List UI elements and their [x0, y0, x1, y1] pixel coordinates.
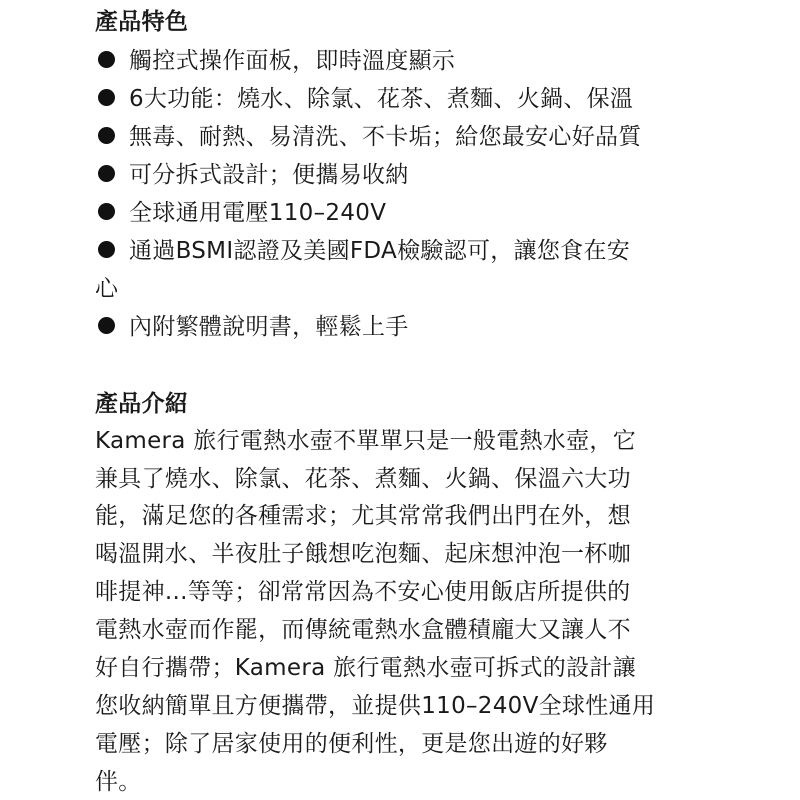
- intro-heading: 產品介紹: [95, 385, 188, 423]
- feature-text: 可分拆式設計；便攜易收納: [129, 162, 409, 188]
- feature-text: 通過BSMI認證及美國FDA檢驗認可，讓您食在安: [129, 238, 630, 264]
- feature-text: 全球通用電壓110–240V: [129, 200, 386, 226]
- intro-paragraph-line: 啡提神...等等；卻常常因為不安心使用飯店所提供的: [95, 573, 630, 611]
- feature-text: 內附繁體說明書，輕鬆上手: [129, 314, 409, 340]
- intro-paragraph-line: 好自行攜帶；Kamera 旅行電熱水壺可拆式的設計讓: [95, 649, 636, 687]
- intro-paragraph-line: 您收納簡單且方便攜帶，並提供110–240V全球性通用: [95, 687, 655, 725]
- bullet-icon: [98, 165, 115, 182]
- feature-item: 6大功能：燒水、除氯、花茶、煮麵、火鍋、保溫: [95, 80, 633, 118]
- feature-item: 內附繁體說明書，輕鬆上手: [95, 308, 409, 346]
- intro-paragraph-line: 能，滿足您的各種需求；尤其常常我們出門在外，想: [95, 497, 631, 535]
- features-heading: 產品特色: [95, 3, 188, 41]
- feature-item: 可分拆式設計；便攜易收納: [95, 156, 409, 194]
- feature-text: 觸控式操作面板，即時溫度顯示: [129, 48, 455, 74]
- bullet-icon: [98, 317, 115, 334]
- feature-item: 無毒、耐熱、易清洗、不卡垢；給您最安心好品質: [95, 118, 642, 156]
- bullet-icon: [98, 241, 115, 258]
- feature-item: 全球通用電壓110–240V: [95, 194, 386, 232]
- intro-paragraph-line: Kamera 旅行電熱水壺不單單只是一般電熱水壺，它: [95, 422, 636, 460]
- feature-item: 通過BSMI認證及美國FDA檢驗認可，讓您食在安: [95, 232, 630, 270]
- bullet-icon: [98, 203, 115, 220]
- feature-text: 6大功能：燒水、除氯、花茶、煮麵、火鍋、保溫: [129, 86, 633, 112]
- feature-text-continuation: 心: [95, 270, 118, 308]
- intro-paragraph-line: 兼具了燒水、除氯、花茶、煮麵、火鍋、保溫六大功: [95, 460, 631, 498]
- feature-item: 觸控式操作面板，即時溫度顯示: [95, 42, 455, 80]
- intro-paragraph-line: 伴。: [95, 763, 142, 800]
- bullet-icon: [98, 89, 115, 106]
- intro-paragraph-line: 電熱水壺而作罷，而傳統電熱水盒體積龐大又讓人不: [95, 611, 631, 649]
- intro-paragraph-line: 喝溫開水、半夜肚子餓想吃泡麵、起床想沖泡一杯咖: [95, 535, 631, 573]
- intro-paragraph-line: 電壓；除了居家使用的便利性，更是您出遊的好夥: [95, 725, 608, 763]
- bullet-icon: [98, 127, 115, 144]
- bullet-icon: [98, 51, 115, 68]
- feature-text: 無毒、耐熱、易清洗、不卡垢；給您最安心好品質: [129, 124, 642, 150]
